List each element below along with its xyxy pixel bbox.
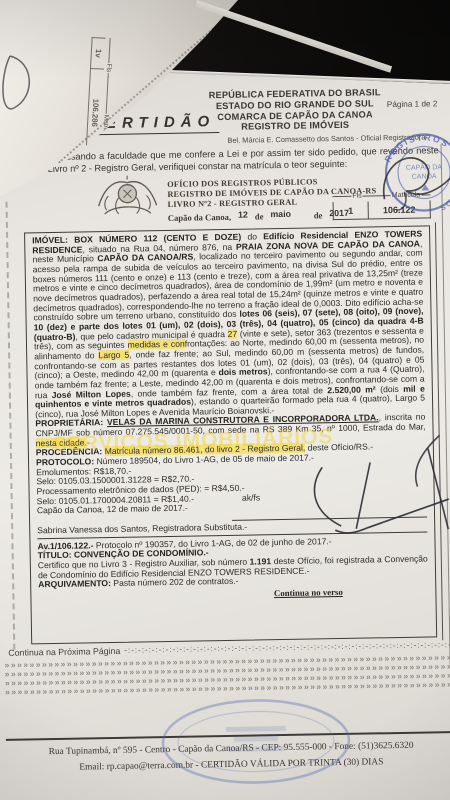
svg-text:PÚBLICOS: PÚBLICOS <box>437 168 450 213</box>
date-de-2: de <box>314 210 323 220</box>
continuation-text: Continua na Próxima Página <box>8 646 120 658</box>
left-margin-dashed-line <box>6 202 16 650</box>
text-segment: Sabrina Vanessa dos Santos, Registradora… <box>37 522 247 536</box>
date-spacer <box>298 208 314 218</box>
pen-signature-icon <box>293 423 450 541</box>
text-segment: Continua no verso <box>274 587 343 598</box>
text-segment: Capão da Canoa, 12 de maio de 2017.- <box>37 503 188 516</box>
text-segment: ak/fs <box>242 492 260 502</box>
document-content: REPÚBLICA FEDERATIVA DO BRASIL ESTADO DO… <box>0 0 450 800</box>
page-number: Página 1 de 2 <box>387 99 438 109</box>
round-stamp-icon: REGISTROS PÚBLICOS CAPÃO DA CANOA <box>373 122 450 224</box>
date-month: maio <box>263 209 298 220</box>
paragraph: IMÓVEL: BOX NÚMERO 112 (CENTO E DOZE) do… <box>32 230 425 420</box>
date-de-1: de <box>255 211 264 221</box>
text-segment: ARQUIVAMENTO: <box>38 578 113 589</box>
fls-label: Fls <box>351 193 362 200</box>
crest-icon <box>94 173 161 222</box>
date-day: 12 <box>231 209 255 219</box>
certidao-title: CERTIDÃO <box>87 113 219 135</box>
fls-value: 1 <box>334 201 369 219</box>
text-segment: Pasta número 202 de contratos.- <box>113 576 238 588</box>
svg-text:CANOA: CANOA <box>412 173 437 180</box>
photo-background: REPÚBLICA FEDERATIVA DO BRASIL ESTADO DO… <box>0 0 450 800</box>
oval-stamp-icon <box>155 695 357 788</box>
date-city-label: Capão da Canoa, <box>168 212 231 223</box>
date-line: Capão da Canoa,12demaio de2017 <box>168 210 356 223</box>
